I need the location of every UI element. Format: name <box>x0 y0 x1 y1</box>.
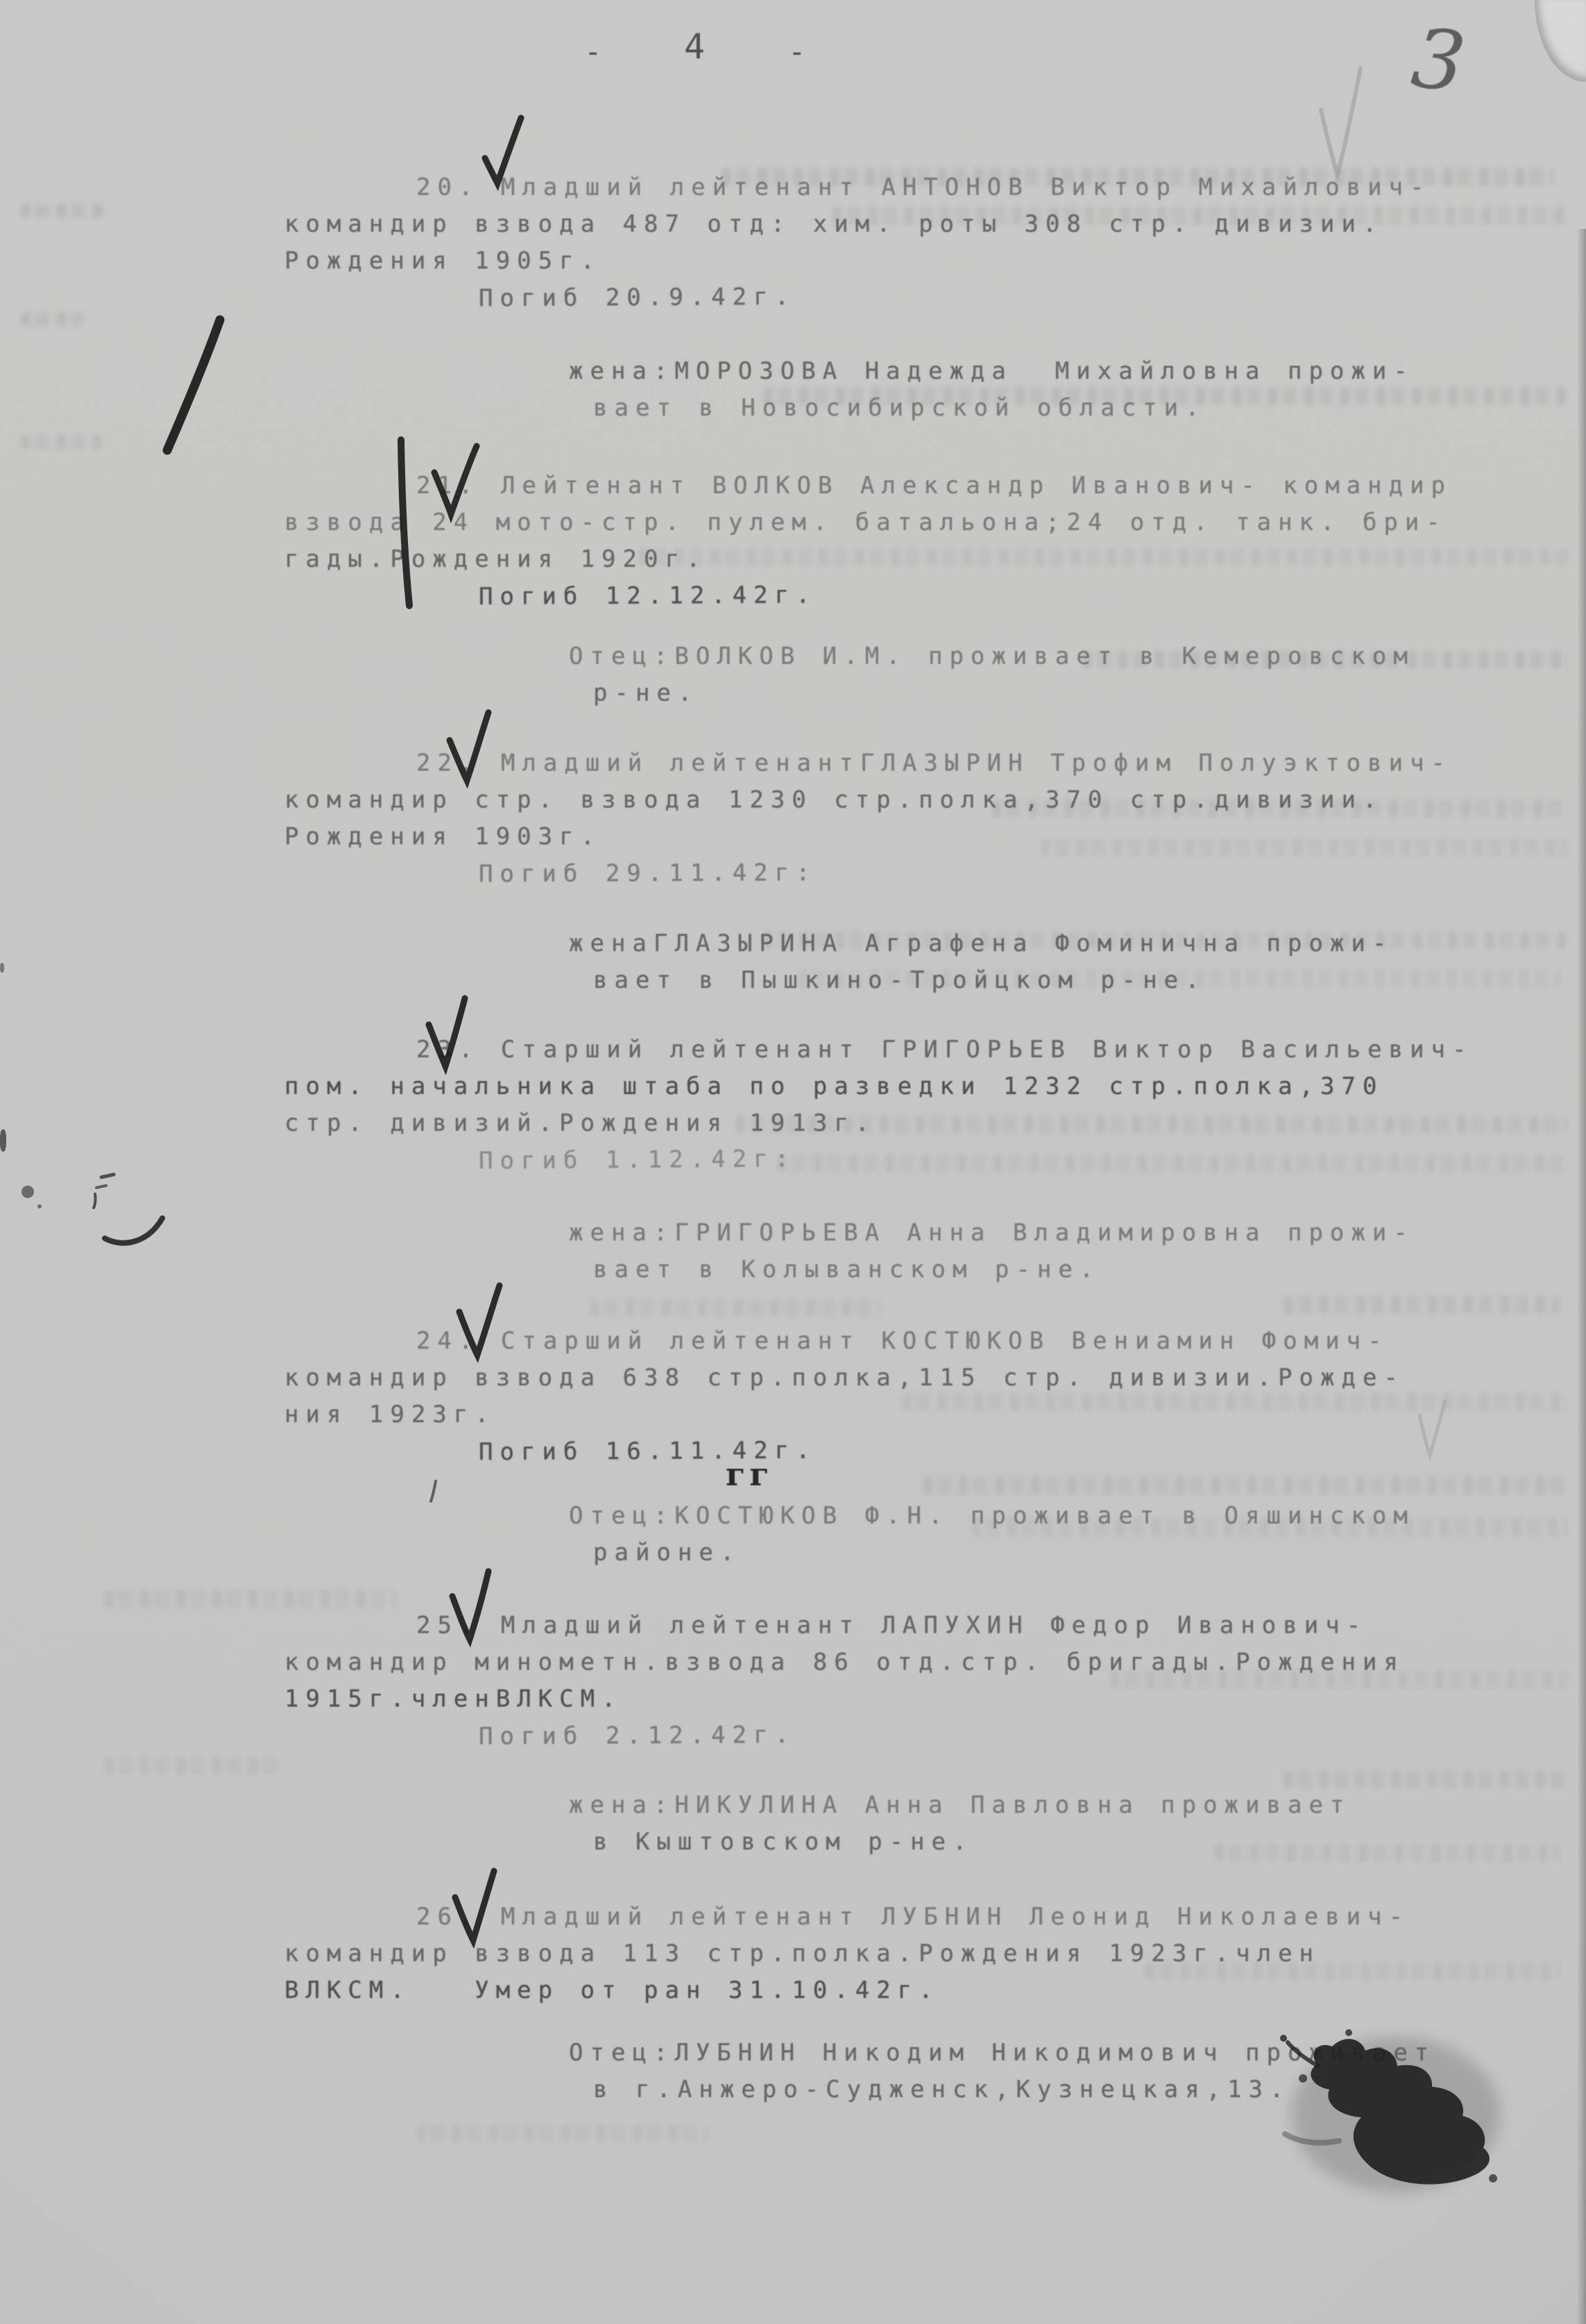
entry-26-line2: командир взвода 113 стр.полка.Рождения 1… <box>284 1940 1320 1967</box>
bleedthrough-mark <box>416 2124 708 2142</box>
scan-edge-shadow <box>1577 229 1586 2324</box>
bleedthrough-mark <box>21 434 104 450</box>
handwritten-page-number: 3 <box>1407 10 1470 111</box>
pen-blot-small <box>22 1186 34 1198</box>
entry-21-line3: гады.Рождения 1920г. <box>284 545 707 573</box>
pen-blot-small <box>37 1204 42 1208</box>
scan-edge-mark <box>0 963 4 973</box>
entry-22-line1: 22. Младший лейтенантГЛАЗЫРИН Трофим Пол… <box>416 749 1452 777</box>
pen-stroke-diagonal <box>167 320 220 450</box>
entry-25-line4: Погиб 2.12.42г. <box>479 1721 796 1750</box>
bleedthrough-mark <box>777 1154 1568 1172</box>
scan-edge-mark <box>0 1129 6 1152</box>
entry-22-line3: Рождения 1903г. <box>284 823 602 851</box>
document-scan-page: - 4 - 3 20. Младший лейтенант АНТОНОВ Ви… <box>0 0 1586 2324</box>
pen-dash <box>101 1174 114 1177</box>
bleedthrough-mark <box>1284 1770 1568 1788</box>
entry-26-relative1: Отец:ЛУБНИН Никодим Никодимович проживае… <box>569 2039 1435 2067</box>
entry-26-relative2: в г.Анжеро-Судженск,Кузнецкая,13. <box>593 2076 1291 2103</box>
entry-23-line3: стр. дивизий.Рождения 1913г. <box>284 1109 876 1137</box>
bleedthrough-mark <box>1284 1296 1561 1314</box>
entry-23-relative2: вает в Колыванском р-не. <box>593 1256 1100 1283</box>
entry-24-line3: ния 1923г. <box>284 1401 496 1428</box>
entry-24-line2: командир взвода 638 стр.полка,115 стр. д… <box>284 1364 1405 1392</box>
entry-24-relative1: Отец:КОСТЮКОВ Ф.Н. проживает в Ояшинском <box>569 1502 1415 1530</box>
page-number-dash-right: - <box>788 35 805 69</box>
bleedthrough-mark <box>104 1757 284 1775</box>
bleedthrough-mark <box>1041 838 1568 856</box>
entry-20-line3: Рождения 1905г. <box>284 247 602 275</box>
paper-corner <box>1535 0 1586 82</box>
entry-24-relative2: районе. <box>593 1539 741 1566</box>
bleedthrough-mark <box>1214 1844 1561 1862</box>
entry-21-line1: 21. Лейтенант ВОЛКОВ Александр Иванович-… <box>416 472 1452 499</box>
pen-tick <box>431 1481 436 1501</box>
entry-25-relative1: жена:НИКУЛИНА Анна Павловна проживает <box>569 1791 1351 1819</box>
faint-checkmark-bleed <box>1321 68 1361 175</box>
entry-21-line4: Погиб 12.12.42г. <box>479 581 817 611</box>
entry-20-line4: Погиб 20.9.42г. <box>479 283 796 312</box>
entry-24-line1: 24. Старший лейтенант КОСТЮКОВ Вениамин … <box>416 1327 1389 1355</box>
bleedthrough-mark <box>21 204 104 218</box>
bleedthrough-mark <box>638 548 1568 566</box>
pen-tick <box>94 1194 95 1208</box>
entry-25-line2: командир минометн.взвода 86 отд.стр. бри… <box>284 1648 1405 1676</box>
entry-23-relative1: жена:ГРИГОРЬЕВА Анна Владимировна прожи- <box>569 1219 1415 1247</box>
entry-25-line3: 1915г.членВЛКСМ. <box>284 1685 623 1713</box>
bleedthrough-mark <box>590 1299 881 1317</box>
entry-21-line2: взвода 24 мото-стр. пулем. батальона;24 … <box>284 509 1447 536</box>
pen-arc <box>105 1218 162 1243</box>
entry-21-relative1: Отец:ВОЛКОВ И.М. проживает в Кемеровском <box>569 642 1415 670</box>
entry-20-relative1: жена:МОРОЗОВА Надежда Михайловна прожи- <box>569 357 1415 385</box>
page-number-typed: 4 <box>684 26 705 67</box>
entry-25-relative2: в Кыштовском р-не. <box>593 1828 973 1856</box>
entry-26-line1: 26. Младший лейтенант ЛУБНИН Леонид Нико… <box>416 1903 1410 1931</box>
entry-20-line1: 20. Младший лейтенант АНТОНОВ Виктор Мих… <box>416 173 1431 201</box>
bleedthrough-mark <box>902 1393 1568 1411</box>
entry-20-line2: командир взвода 487 отд: хим. роты 308 с… <box>284 210 1383 238</box>
entry-22-line4: Погиб 29.11.42г: <box>479 859 817 888</box>
bleedthrough-mark <box>21 312 83 326</box>
entry-23-line4: Погиб 1.12.42г: <box>479 1145 796 1174</box>
entry-21-relative2: р-не. <box>593 679 699 707</box>
entry-22-relative2: вает в Пышкино-Тройцком р-не. <box>593 966 1206 994</box>
entry-20-relative2: вает в Новосибирской области. <box>593 394 1206 422</box>
pen-dash <box>96 1186 106 1188</box>
bleedthrough-mark <box>923 1476 1568 1494</box>
entry-23-line2: пом. начальника штаба по разведки 1232 с… <box>284 1073 1383 1100</box>
entry-22-line2: командир стр. взвода 1230 стр.полка,370 … <box>284 786 1383 814</box>
entry-25-line1: 25. Младший лейтенант ЛАПУХИН Федор Иван… <box>416 1612 1367 1639</box>
entry-22-relative1: женаГЛАЗЫРИНА Аграфена Фоминична прожи- <box>569 930 1393 957</box>
entry-26-line3: ВЛКСМ. Умер от ран 31.10.42г. <box>284 1976 940 2004</box>
bleedthrough-mark <box>104 1590 395 1608</box>
ink-smudge-letters: гг <box>726 1458 773 1490</box>
entry-23-line1: 23. Старший лейтенант ГРИГОРЬЕВ Виктор В… <box>416 1036 1474 1063</box>
page-number-dash-left: - <box>584 35 602 69</box>
